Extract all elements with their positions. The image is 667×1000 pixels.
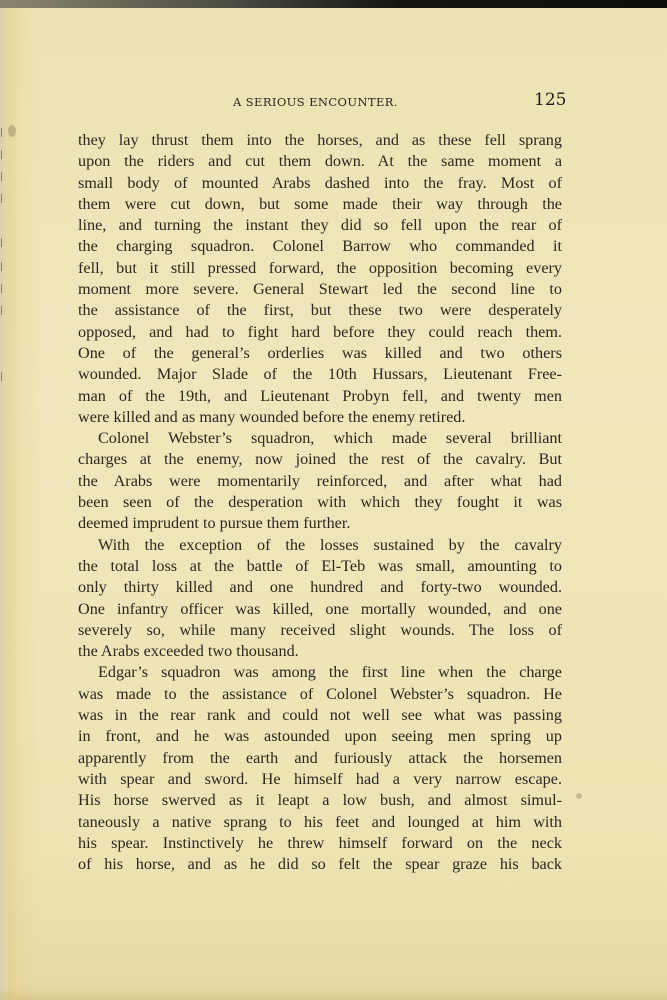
text-line: His horse swerved as it leapt a low bush… [78,790,562,811]
text-line: One of the general’s orderlies was kille… [78,343,562,364]
text-line: small body of mounted Arabs dashed into … [78,173,562,194]
text-line: only thirty killed and one hundred and f… [78,577,562,598]
bleed-mark [1,150,6,159]
bleed-mark [1,172,6,181]
text-line: been seen of the desperation with which … [78,492,562,513]
text-line: One infantry officer was killed, one mor… [78,599,562,620]
bleed-mark [1,194,6,203]
text-line: opposed, and had to fight hard before th… [78,322,562,343]
paper-stain [576,793,582,799]
text-line: them were cut down, but some made their … [78,194,562,215]
text-line: man of the 19th, and Lieutenant Probyn f… [78,386,562,407]
text-line: the total loss at the battle of El-Teb w… [78,556,562,577]
bleed-mark [1,372,6,381]
text-line: fell, but it still pressed forward, the … [78,258,562,279]
text-line: the assistance of the first, but these t… [78,300,562,321]
text-line: deemed imprudent to pursue them further. [78,513,562,534]
bleed-mark [1,262,6,271]
bleed-mark [1,128,6,137]
text-line: were killed and as many wounded before t… [78,407,562,428]
text-line: with spear and sword. He himself had a v… [78,769,562,790]
paper-stain [8,125,16,137]
book-page: A SERIOUS ENCOUNTER. 125 they lay thrust… [0,0,667,1000]
text-line: Colonel Webster’s squadron, which made s… [78,428,562,449]
body-text: they lay thrust them into the horses, an… [78,130,562,875]
bleed-mark [1,284,6,293]
text-line: wounded. Major Slade of the 10th Hussars… [78,364,562,385]
text-line: With the exception of the losses sustain… [78,535,562,556]
text-line: apparently from the earth and furiously … [78,748,562,769]
scan-top-edge [0,0,667,8]
text-line: in front, and he was astounded upon seei… [78,726,562,747]
text-line: of his horse, and as he did so felt the … [78,854,562,875]
bleed-through-marks [0,128,10,388]
text-line: his spear. Instinctively he threw himsel… [78,833,562,854]
text-line: taneously a native sprang to his feet an… [78,812,562,833]
text-line: was in the rear rank and could not well … [78,705,562,726]
text-line: Edgar’s squadron was among the first lin… [78,662,562,683]
scan-bottom-edge [0,986,667,1000]
text-line: moment more severe. General Stewart led … [78,279,562,300]
page-number: 125 [534,90,566,110]
text-line: upon the riders and cut them down. At th… [78,151,562,172]
running-head: A SERIOUS ENCOUNTER. 125 [0,88,667,118]
bleed-mark [1,238,6,247]
text-line: line, and turning the instant they did s… [78,215,562,236]
text-line: the Arabs were momentarily reinforced, a… [78,471,562,492]
text-line: charges at the enemy, now joined the res… [78,449,562,470]
running-title: A SERIOUS ENCOUNTER. [233,95,398,109]
text-line: was made to the assistance of Colonel We… [78,684,562,705]
bleed-mark [1,306,6,315]
text-line: severely so, while many received slight … [78,620,562,641]
text-line: the Arabs exceeded two thousand. [78,641,562,662]
text-line: they lay thrust them into the horses, an… [78,130,562,151]
text-line: the charging squadron. Colonel Barrow wh… [78,236,562,257]
